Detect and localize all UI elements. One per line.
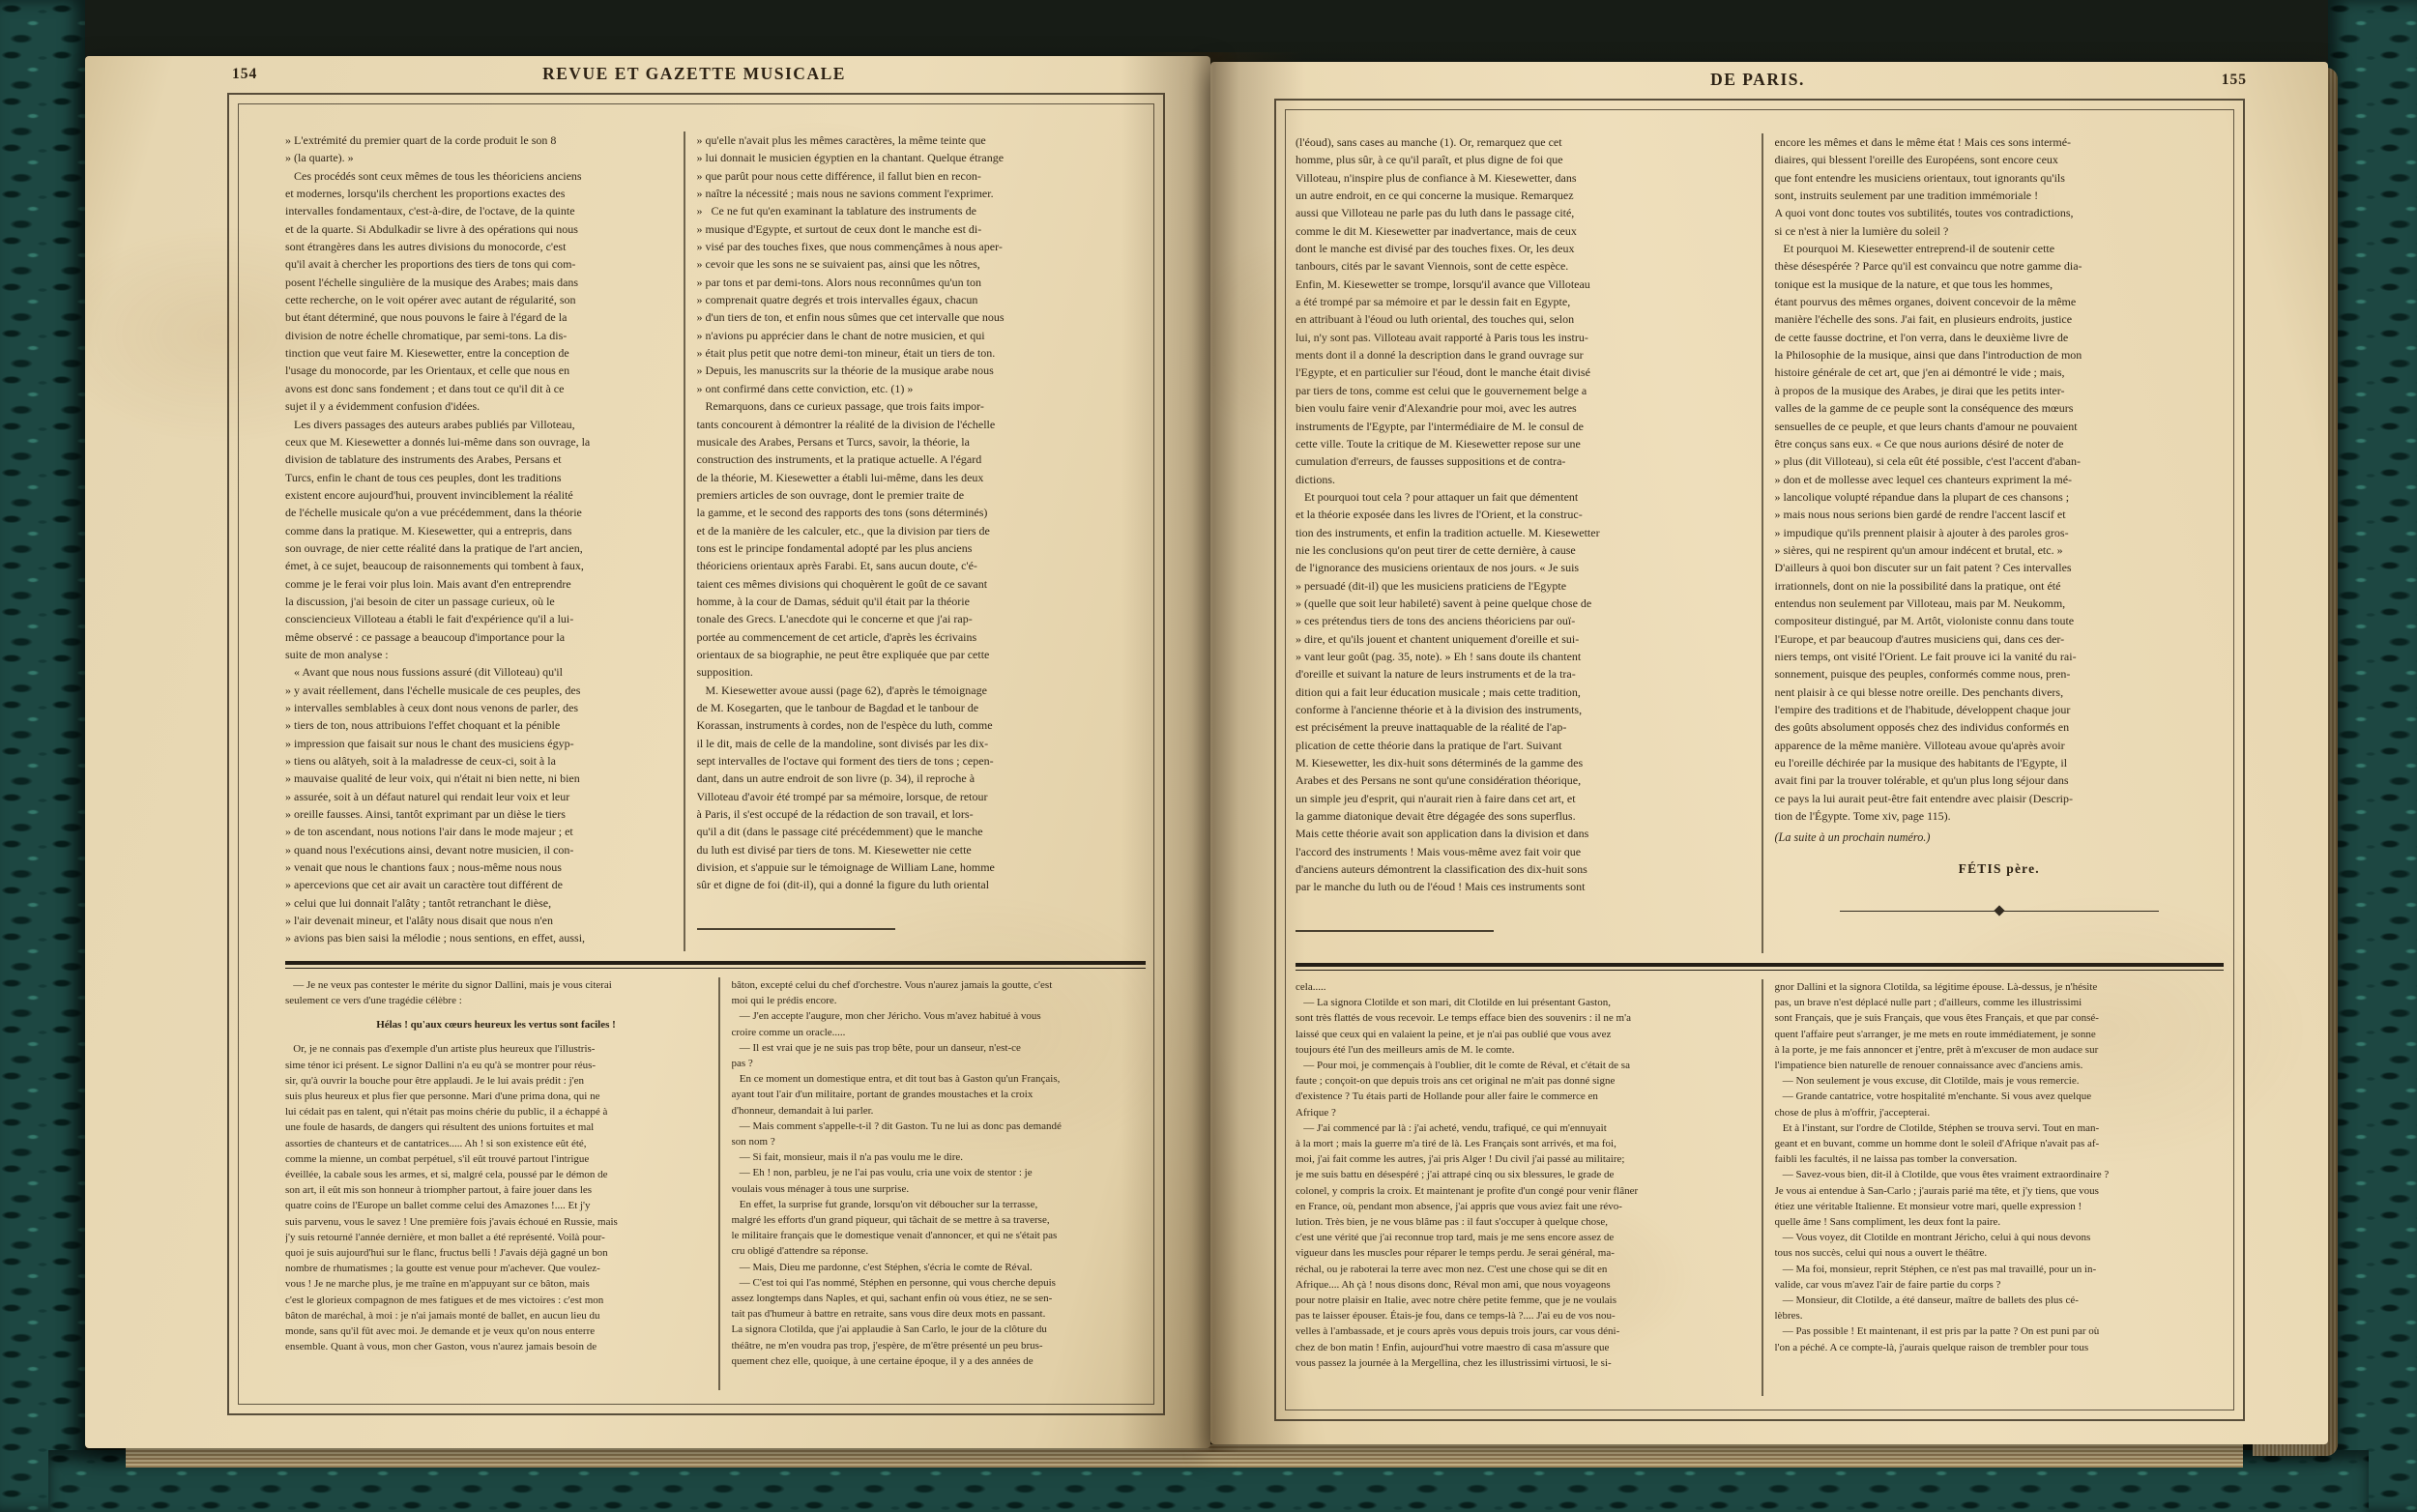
ornament-diamond-icon <box>1994 906 2004 916</box>
left-feuilleton-col1-para1: — Je ne veux pas contester le mérite du … <box>285 977 707 1008</box>
right-feuilleton-separator-rule <box>1296 963 2224 971</box>
left-footnote-rule <box>697 928 895 929</box>
left-feuilleton-col1-para2: Or, je ne connais pas d'exemple d'un art… <box>285 1041 707 1354</box>
right-feuilleton-col1: cela..... — La signora Clotilde et son m… <box>1296 979 1750 1371</box>
right-feuilleton-section: cela..... — La signora Clotilde et son m… <box>1296 979 2224 1396</box>
book-photograph: 154 REVUE ET GAZETTE MUSICALE » L'extrém… <box>0 0 2417 1512</box>
left-feuilleton-column-divider <box>718 977 720 1390</box>
left-feuilleton-verse: Hélas ! qu'aux cœurs heureux les vertus … <box>285 1017 707 1032</box>
left-article-column-1: » L'extrémité du premier quart de la cor… <box>285 131 672 947</box>
left-article-section: » L'extrémité du premier quart de la cor… <box>285 131 1146 951</box>
author-signature: FÉTIS père. <box>1775 861 2225 877</box>
left-page: 154 REVUE ET GAZETTE MUSICALE » L'extrém… <box>85 56 1210 1448</box>
right-feuilleton-col2: gnor Dallini et la signora Clotilda, sa … <box>1775 979 2225 1355</box>
to-be-continued-note: (La suite à un prochain numéro.) <box>1775 829 2225 846</box>
left-feuilleton-separator-rule <box>285 961 1146 969</box>
left-feuilleton-col2: bâton, excepté celui du chef d'orchestre… <box>732 977 1147 1369</box>
book-cover-left <box>0 0 85 1512</box>
right-article-column-divider <box>1762 133 1763 953</box>
right-page-frame: (l'éoud), sans cases au manche (1). Or, … <box>1274 99 2245 1421</box>
left-feuilleton-section: — Je ne veux pas contester le mérite du … <box>285 977 1146 1390</box>
left-running-title: REVUE ET GAZETTE MUSICALE <box>227 64 1161 84</box>
book-cover-right <box>2328 0 2417 1512</box>
left-page-frame-inner: » L'extrémité du premier quart de la cor… <box>238 103 1154 1405</box>
right-page: 155 DE PARIS. (l'éoud), sans cases au ma… <box>1210 62 2328 1444</box>
right-article-column-2: encore les mêmes et dans le même état ! … <box>1775 133 2225 825</box>
right-footnote: (1) Account of the Manners and Customs o… <box>1296 896 1750 953</box>
end-of-article-ornament <box>1840 906 2159 916</box>
right-footnote-rule <box>1296 930 1494 931</box>
right-article-section: (l'éoud), sans cases au manche (1). Or, … <box>1296 133 2224 953</box>
left-article-column-divider <box>684 131 685 951</box>
left-article-column-2: » qu'elle n'avait plus les mêmes caractè… <box>697 131 1147 894</box>
right-page-frame-inner: (l'éoud), sans cases au manche (1). Or, … <box>1285 109 2234 1410</box>
right-running-title: DE PARIS. <box>1274 70 2241 90</box>
right-feuilleton-column-divider <box>1762 979 1763 1396</box>
left-page-frame: » L'extrémité du premier quart de la cor… <box>227 93 1165 1415</box>
right-article-column-1: (l'éoud), sans cases au manche (1). Or, … <box>1296 133 1750 896</box>
left-footnote: (1) Description de l'Égypte, etc., tom. … <box>697 894 1147 951</box>
